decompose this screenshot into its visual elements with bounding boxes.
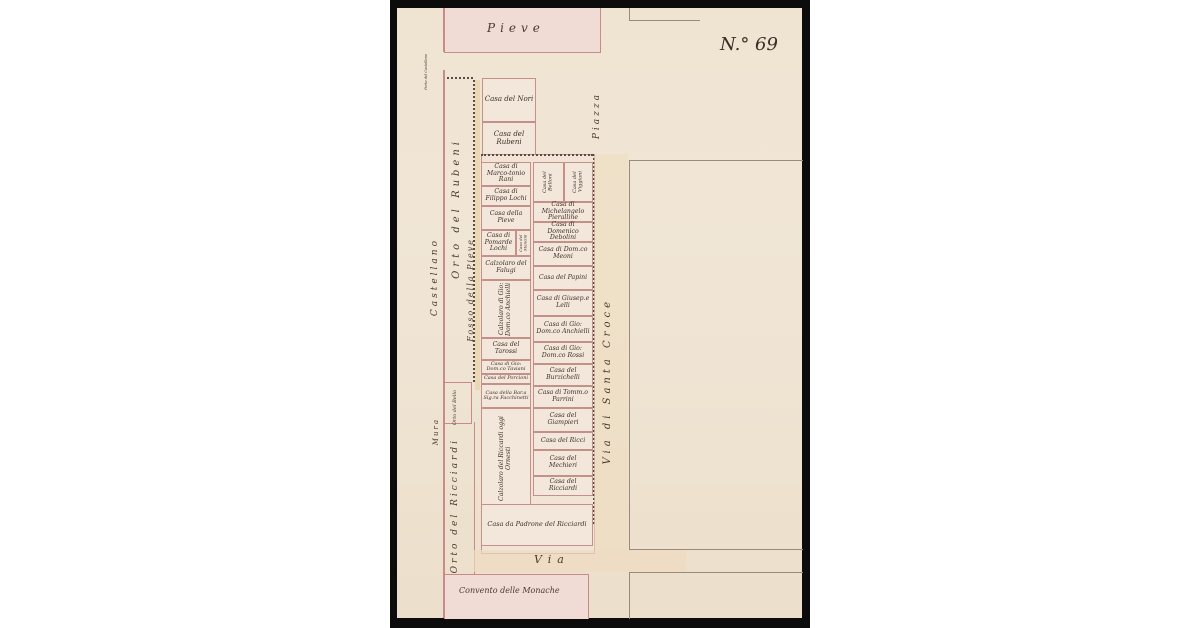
orto-rubeni-label: Orto del Rubeni <box>452 138 463 279</box>
city-wall-top <box>443 8 445 52</box>
building-casa-padrone-ricciardi[interactable]: Casa da Padrone del Ricciardi <box>481 504 593 546</box>
convento-block <box>444 574 589 619</box>
building-right-3[interactable]: Casa di Michelangelo Pieralline <box>533 202 593 222</box>
building-casa-nori[interactable]: Casa del Nori <box>482 78 536 122</box>
via-santa-croce-label: Via di Santa Croce <box>603 298 614 465</box>
piazza-label: Piazza <box>593 92 602 139</box>
building-left-12[interactable]: Calzolaro del Riccardi oggi Ornesti <box>481 408 531 508</box>
building-left-3[interactable]: Casa della Pieve <box>481 206 531 230</box>
building-right-15[interactable]: Casa del Ricciardi <box>533 476 593 496</box>
building-left-6[interactable]: Calzolaro del Falugi <box>481 256 531 280</box>
building-casa-rubeni[interactable]: Casa del Rubeni <box>482 122 536 156</box>
building-right-1[interactable]: Casa del Belloni <box>533 162 564 202</box>
building-left-5[interactable]: Casa del Mancini <box>516 230 531 256</box>
mura-label: Mura <box>433 418 440 445</box>
sheet-number: N.° 69 <box>720 36 778 55</box>
building-left-4[interactable]: Casa di Pomarde Lochi <box>481 230 516 256</box>
building-right-9[interactable]: Casa di Gio: Dom.co Rossi <box>533 342 593 364</box>
castellano-label: Castellano <box>431 238 440 316</box>
building-right-4[interactable]: Casa di Domenico Debolini <box>533 222 593 242</box>
building-left-8[interactable]: Casa del Tarossi <box>481 338 531 360</box>
building-right-13[interactable]: Casa del Ricci <box>533 432 593 450</box>
building-right-10[interactable]: Casa del Burzichelli <box>533 364 593 386</box>
orto-bello-label: Orto del Bello <box>453 390 458 425</box>
convento-label: Convento delle Monache <box>459 587 560 595</box>
building-left-7[interactable]: Calzolaro di Gio: Dom.co Anchielli <box>481 280 531 338</box>
orto-ricciardi-label: Orto del Ricciardi <box>451 438 460 573</box>
porta-label: Porta del Castellano <box>425 54 429 90</box>
pieve-label: Pieve <box>487 22 545 35</box>
building-right-6[interactable]: Casa del Papini <box>533 266 593 290</box>
fosso-pieve-label: Fosso della Pieve <box>467 238 475 342</box>
block-bottom-right <box>629 572 803 619</box>
building-right-12[interactable]: Casa del Giampieri <box>533 408 593 432</box>
building-right-11[interactable]: Casa di Tomm.o Parrini <box>533 386 593 408</box>
building-left-1[interactable]: Casa di Marco-tonio Rani <box>481 162 531 186</box>
via-label: Via <box>534 554 570 566</box>
building-right-8[interactable]: Casa di Gio: Dom.co Anchielli <box>533 316 593 342</box>
via-strip <box>474 550 686 572</box>
building-right-5[interactable]: Casa di Dom.co Meoni <box>533 242 593 266</box>
orto-rubeni-top <box>447 77 473 79</box>
building-left-9[interactable]: Casa di Gio: Dom.co Taviani <box>481 360 531 374</box>
map-sheet: N.° 69 Pieve Porta del Castellano Castel… <box>397 8 802 618</box>
building-right-7[interactable]: Casa di Giusep.e Lelli <box>533 290 593 316</box>
building-left-10[interactable]: Casa del Porcioni <box>481 374 531 384</box>
main-block-top-edge <box>481 154 593 156</box>
block-top-right <box>629 8 700 21</box>
fosso-pieve <box>475 80 480 390</box>
building-left-11[interactable]: Casa della Bar.a Sig.ra Facchinetti <box>481 384 531 408</box>
building-right-14[interactable]: Casa del Mechieri <box>533 450 593 476</box>
building-left-2[interactable]: Casa di Filippo Lochi <box>481 186 531 206</box>
block-right <box>629 160 803 550</box>
building-right-2[interactable]: Casa del Viggiani <box>564 162 593 202</box>
